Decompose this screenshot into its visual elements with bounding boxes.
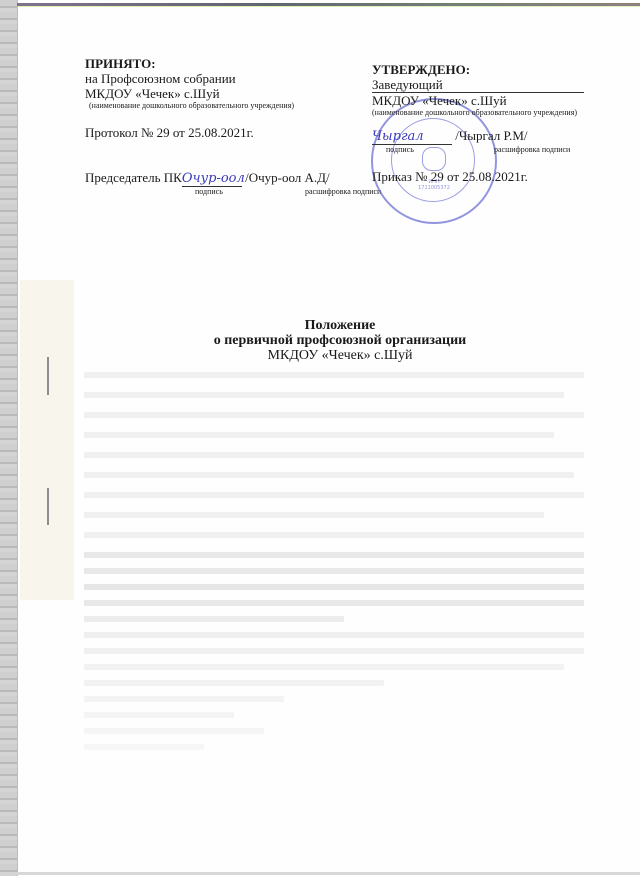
chair-caption-sign: подпись [85, 187, 301, 197]
punch-mark-upper [47, 357, 49, 395]
approved-block: УТВЕРЖДЕНО: Заведующий МКДОУ «Чечек» с.Ш… [372, 62, 622, 184]
document-title: Положение о первичной профсоюзной органи… [100, 318, 580, 363]
approved-position: Заведующий [372, 77, 584, 93]
approved-org-caption: (наименование дошкольного образовательно… [372, 108, 622, 118]
order-line: Приказ № 29 от 25.08.2021г. [372, 169, 622, 184]
chair-caption-decode: расшифровка подписи [301, 187, 381, 196]
title-line-1: Положение [100, 318, 580, 333]
chair-label: Председатель ПК [85, 170, 182, 185]
protocol-line: Протокол № 29 от 25.08.2021г. [85, 125, 355, 140]
binder-strip [0, 0, 18, 876]
chair-name: /Очур-оол А.Д/ [245, 170, 330, 185]
chair-signature: Очур-оол [182, 171, 242, 187]
top-scan-edge-shadow [17, 6, 640, 7]
scanned-document-page: ПРИНЯТО: на Профсоюзном собрании МКДОУ «… [0, 0, 640, 876]
accepted-block: ПРИНЯТО: на Профсоюзном собрании МКДОУ «… [85, 56, 355, 197]
head-name: /Чыргал Р.М/ [455, 128, 527, 143]
head-caption-decode: расшифровка подписи [494, 145, 570, 154]
punch-mark-lower [47, 488, 49, 525]
head-signature: Чыргал [372, 129, 452, 145]
chair-line: Председатель ПКОчур-оол /Очур-оол А.Д/ [85, 170, 355, 187]
accepted-meeting: на Профсоюзном собрании [85, 71, 355, 86]
approved-org: МКДОУ «Чечек» с.Шуй [372, 93, 622, 108]
accepted-org-caption: (наименование дошкольного образовательно… [85, 101, 355, 111]
title-line-3: МКДОУ «Чечек» с.Шуй [100, 348, 580, 363]
head-captions: подписьрасшифровка подписи [372, 145, 622, 155]
chair-captions: подписьрасшифровка подписи [85, 187, 355, 197]
accepted-org: МКДОУ «Чечек» с.Шуй [85, 86, 355, 101]
bottom-scan-edge [17, 872, 640, 875]
underlying-sheet-edge [20, 280, 74, 600]
title-line-2: о первичной профсоюзной организации [100, 333, 580, 348]
head-caption-sign: подпись [372, 145, 494, 155]
accepted-heading: ПРИНЯТО: [85, 56, 355, 71]
head-signature-line: Чыргал /Чыргал Р.М/ [372, 128, 622, 145]
approved-heading: УТВЕРЖДЕНО: [372, 62, 622, 77]
